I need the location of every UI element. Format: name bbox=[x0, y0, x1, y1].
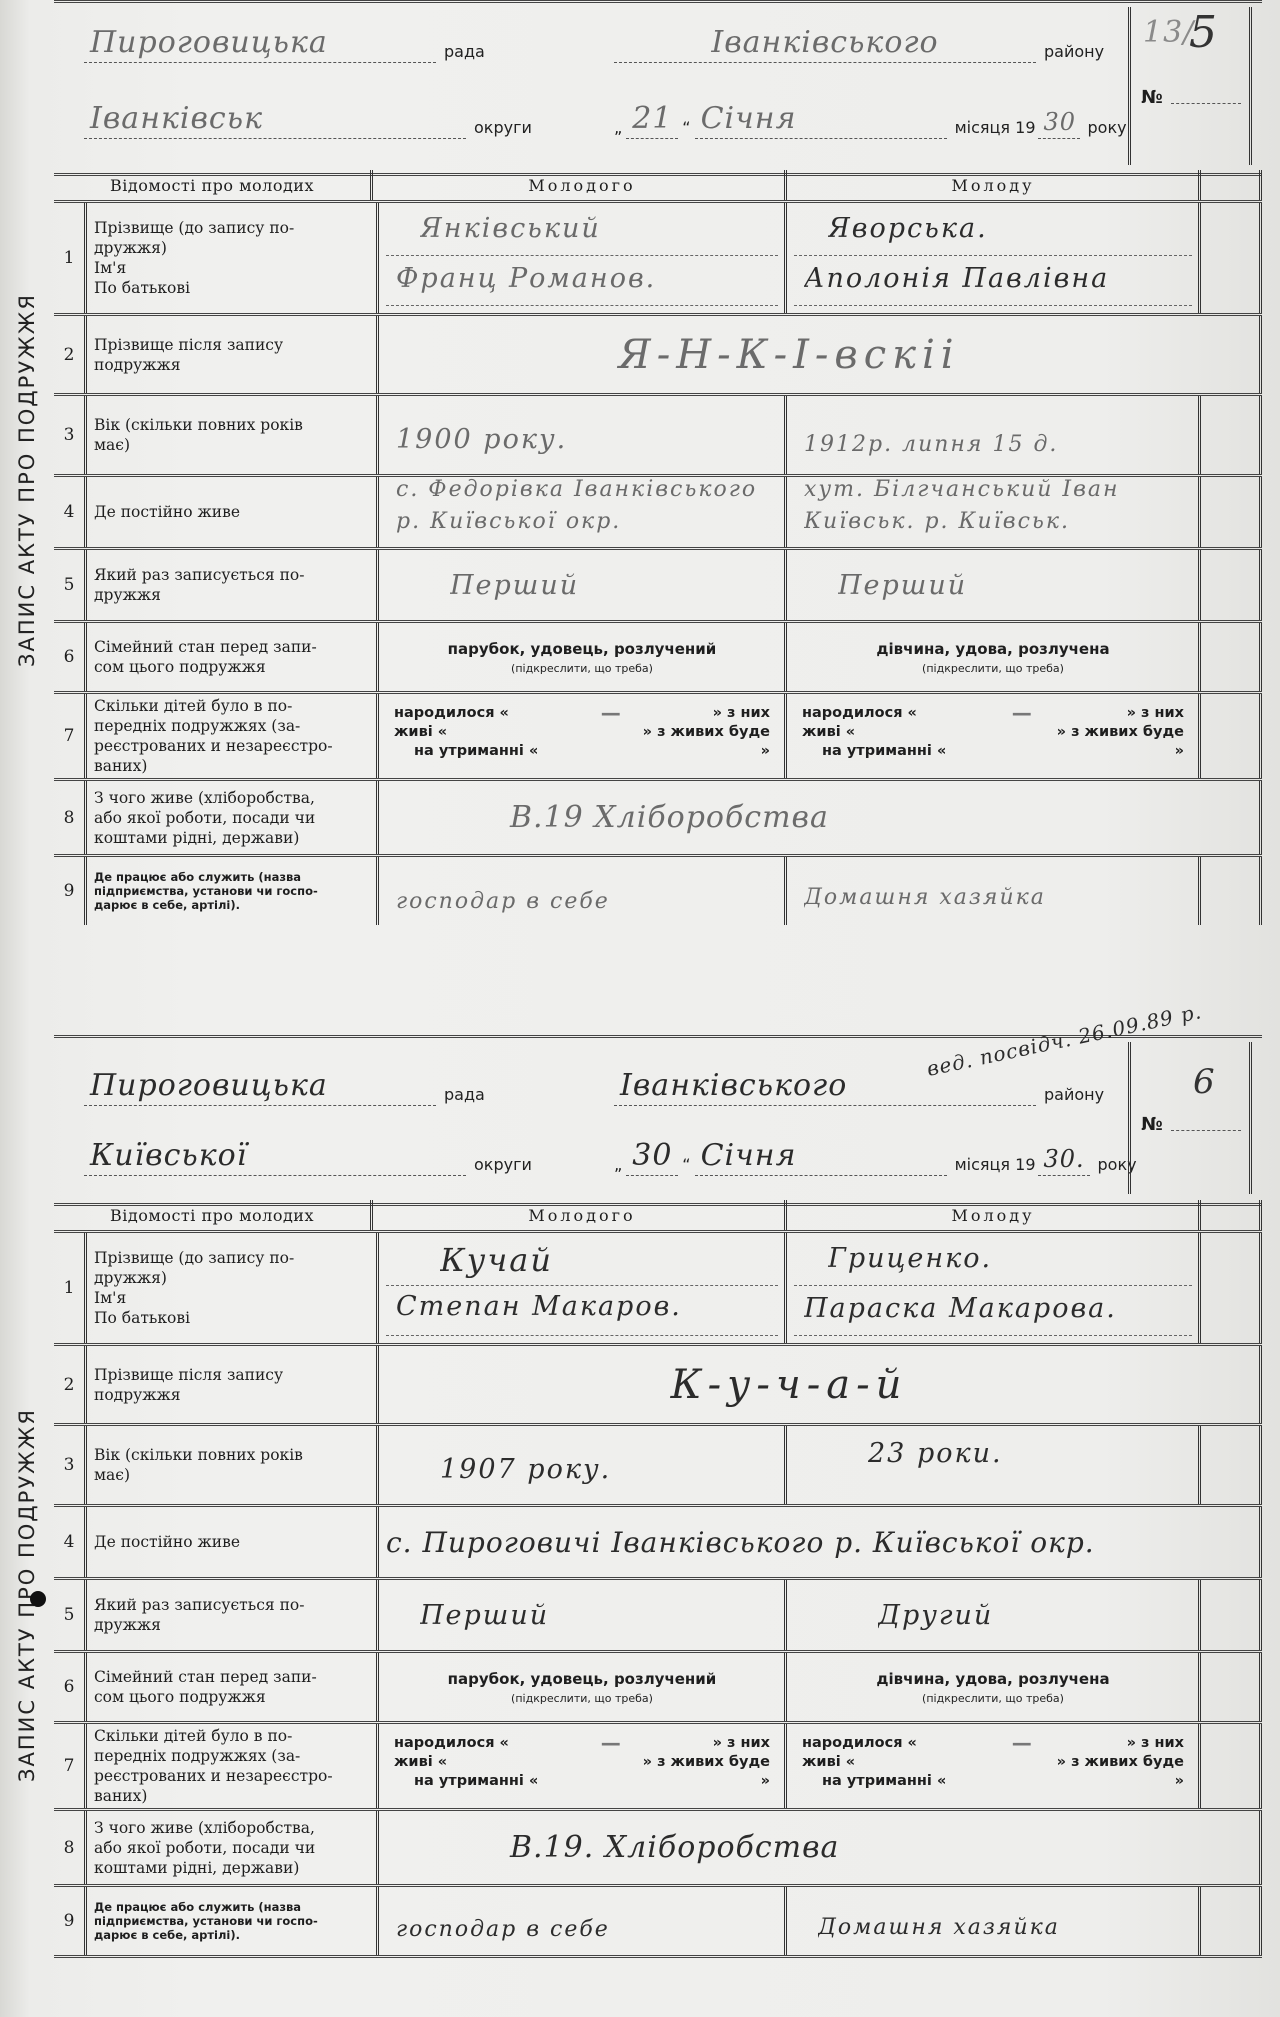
table-header-row: Відомості про молодих Молодого Молоду bbox=[54, 170, 1262, 203]
groom-marriage-count: Перший bbox=[420, 1600, 776, 1631]
record-number: 6 bbox=[1193, 1062, 1215, 1102]
bride-status-options: дівчина, удова, розлучена bbox=[876, 640, 1109, 658]
table-row-3: 3 Вік (скільки повних роківмає) 1900 рок… bbox=[54, 396, 1262, 477]
day-value: 21 bbox=[632, 101, 672, 136]
record-header: Пироговицька рада Іванківського району І… bbox=[54, 0, 1262, 176]
record-number: 5 bbox=[1189, 7, 1217, 58]
bride-surname: Гриценко. bbox=[828, 1243, 1190, 1274]
table-row-6: 6 Сімейний стан перед запи-сом цього под… bbox=[54, 623, 1262, 694]
council-value: Пироговицька bbox=[90, 1068, 328, 1103]
district-line: Іванківського району bbox=[614, 25, 1104, 63]
table-row-8: 8 З чого живе (хліборобства,або якої роб… bbox=[54, 781, 1262, 857]
table-row-1: 1 Прізвище (до запису по-дружжя) Ім'яПо … bbox=[54, 203, 1262, 316]
council-line: Пироговицька рада bbox=[84, 25, 485, 63]
bride-residence-1: хут. Білгчанський Іван bbox=[804, 477, 1190, 502]
bride-marriage-count: Другий bbox=[878, 1600, 1190, 1631]
groom-status-options: парубок, удовець, розлучений bbox=[448, 640, 717, 658]
groom-name-patronymic: Степан Макаров. bbox=[396, 1291, 776, 1322]
district-value: Іванківського bbox=[711, 25, 938, 60]
table-row-7: 7 Скільки дітей було в по-передніх подру… bbox=[54, 694, 1262, 781]
okrug-value: Київської bbox=[90, 1138, 247, 1173]
bride-surname: Яворська. bbox=[828, 213, 1190, 244]
date-line: „ 21 “ Січня місяця 19 30 року bbox=[614, 101, 1127, 139]
table-row-9: 9 Де працює або служить (назвапідприємст… bbox=[54, 857, 1262, 925]
year-value: 30 bbox=[1044, 108, 1077, 136]
side-label: ЗАПИС АКТУ ПРО ПОДРУЖЖЯ bbox=[0, 180, 54, 780]
side-label: ЗАПИС АКТУ ПРО ПОДРУЖЖЯ bbox=[0, 1175, 54, 2015]
groom-surname: Янківський bbox=[420, 213, 776, 244]
occupation: В.19 Хліборобства bbox=[510, 800, 829, 835]
table-row-5: 5 Який раз записується по-дружжя Перший … bbox=[54, 550, 1262, 623]
table-row-4: 4 Де постійно живе с. Пироговичі Іванків… bbox=[54, 1507, 1262, 1580]
okrug-value: Іванківськ bbox=[90, 101, 263, 136]
bride-residence-2: Київськ. р. Київськ. bbox=[804, 509, 1190, 534]
number-prefix: 13/ bbox=[1143, 15, 1194, 50]
groom-residence-1: с. Федорівка Іванківського bbox=[396, 477, 776, 502]
marriage-record-form-2: ЗАПИС АКТУ ПРО ПОДРУЖЖЯ Пироговицька рад… bbox=[54, 1035, 1262, 2015]
bride-workplace: Домашня хазяйка bbox=[818, 1915, 1190, 1940]
groom-workplace: господар в себе bbox=[396, 889, 776, 914]
district-value: Іванківського bbox=[620, 1068, 847, 1103]
bride-name-patronymic: Параска Макарова. bbox=[804, 1293, 1190, 1324]
table-row-2: 2 Прізвище після записуподружжя Я-Н-К-І-… bbox=[54, 316, 1262, 396]
table-row-2: 2 Прізвище після записуподружжя К-у-ч-а-… bbox=[54, 1346, 1262, 1426]
surname-after-marriage: К-у-ч-а-й bbox=[671, 1362, 908, 1408]
table-row-8: 8 З чого живе (хліборобства,або якої роб… bbox=[54, 1811, 1262, 1887]
bride-workplace: Домашня хазяйка bbox=[804, 885, 1190, 910]
bride-name-patronymic: Аполонія Павлівна bbox=[804, 263, 1190, 294]
table-row-9: 9 Де працює або служить (назвапідприємст… bbox=[54, 1887, 1262, 1958]
groom-age: 1907 року. bbox=[440, 1454, 776, 1485]
table-row-1: 1 Прізвище (до запису по-дружжя)Ім'яПо б… bbox=[54, 1233, 1262, 1346]
table-row-3: 3 Вік (скільки повних роківмає) 1907 рок… bbox=[54, 1426, 1262, 1507]
record-header: Пироговицька рада Іванківського району в… bbox=[54, 1035, 1262, 1206]
table-row-5: 5 Який раз записується по-дружжя Перший … bbox=[54, 1580, 1262, 1653]
surname-after-marriage: Я-Н-К-І-вскіі bbox=[618, 332, 959, 378]
record-number-box: 13/ 5 № bbox=[1128, 7, 1252, 165]
okrug-line: Іванківськ округи bbox=[84, 101, 532, 139]
groom-surname: Кучай bbox=[440, 1241, 776, 1279]
groom-name-patronymic: Франц Романов. bbox=[396, 263, 776, 294]
bride-marriage-count: Перший bbox=[838, 570, 1190, 601]
day-value: 30 bbox=[632, 1138, 672, 1173]
year-value: 30. bbox=[1044, 1145, 1085, 1173]
table-row-7: 7 Скільки дітей було в по-передніх подру… bbox=[54, 1724, 1262, 1811]
groom-marriage-count: Перший bbox=[450, 570, 776, 601]
groom-workplace: господар в себе bbox=[396, 1917, 776, 1942]
bride-children: народилося «—» з них живі «» з живих буд… bbox=[802, 704, 1184, 761]
council-value: Пироговицька bbox=[90, 25, 328, 60]
ink-stain bbox=[30, 1591, 46, 1607]
bride-age: 1912р. липня 15 д. bbox=[804, 432, 1190, 457]
residence: с. Пироговичі Іванківського р. Київської… bbox=[386, 1526, 1095, 1559]
month-value: Січня bbox=[701, 1138, 797, 1173]
record-number-box: 6 № bbox=[1128, 1042, 1252, 1194]
marriage-record-form-1: ЗАПИС АКТУ ПРО ПОДРУЖЖЯ Пироговицька рад… bbox=[54, 0, 1262, 935]
occupation: В.19. Хліборобства bbox=[510, 1830, 839, 1865]
table-row-4: 4 Де постійно живе с. Федорівка Іванківс… bbox=[54, 477, 1262, 550]
groom-age: 1900 року. bbox=[396, 424, 776, 455]
groom-children: народилося «—» з них живі «» з живих буд… bbox=[394, 704, 770, 761]
bride-age: 23 роки. bbox=[868, 1438, 1190, 1469]
groom-residence-2: р. Київської окр. bbox=[396, 509, 776, 534]
table-row-6: 6 Сімейний стан перед запи-сом цього под… bbox=[54, 1653, 1262, 1724]
month-value: Січня bbox=[701, 101, 797, 136]
